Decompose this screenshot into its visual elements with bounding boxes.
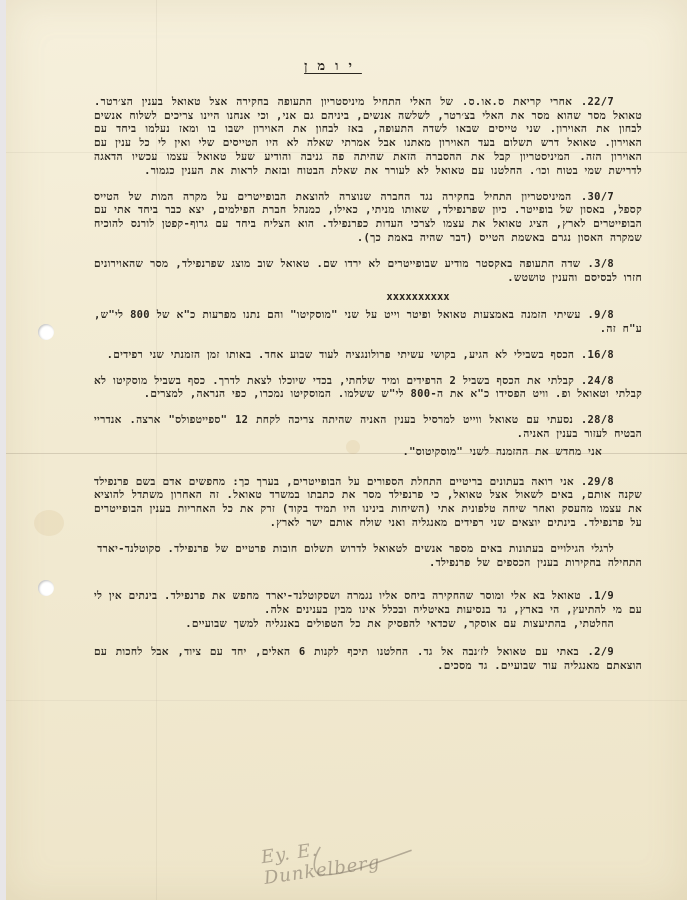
- diary-entry: 30/7. המיניסטריון התחיל בחקירה נגד החברה…: [94, 191, 642, 246]
- entry-text: הכסף בשבילי לא הגיע, בקושי עשיתי פרולונג…: [107, 349, 575, 361]
- diary-entry: 22/7. אחרי קריאת ס.או.ס. של האלי התחיל מ…: [94, 96, 642, 179]
- diary-entry: 3/8. שדה התעופה באקסטר מודיע שבופייטרים …: [94, 258, 642, 286]
- diary-entry: 2/9. באתי עם טאואל לז׳נבה אל גד. החלטנו …: [94, 646, 642, 674]
- diary-entry: 1/9. טאואל בא אלי ומוסר שהחקירה ביחס אלי…: [94, 590, 642, 618]
- diary-entry: 16/8. הכסף בשבילי לא הגיע, בקושי עשיתי פ…: [94, 349, 642, 363]
- diary-entry: 9/8. עשיתי הזמנה באמצעות טאואל ופיטר ויי…: [94, 309, 642, 337]
- entry-date: 3/8: [594, 258, 614, 270]
- paper-fold-line: [6, 700, 687, 701]
- entry-text: אני רואה בעתונים בריטיים התחלת הספורים ע…: [94, 476, 642, 529]
- entry-date: 22/7: [588, 96, 615, 108]
- entry-note: אני מחדש את ההזמנה לשני "מוסקיטוס".: [94, 446, 642, 460]
- entry-date: 29/8: [588, 476, 615, 488]
- entry-date: 1/9: [594, 590, 614, 602]
- entry-text: באתי עם טאואל לז׳נבה אל גד. החלטנו תיכף …: [94, 646, 642, 672]
- handwritten-signature: Ey. E. Dunkelberg: [260, 825, 425, 891]
- diary-entry: 24/8. קבלתי את הכסף בשביל 2 הרפידים ומיד…: [94, 375, 642, 403]
- entry-text: המיניסטריון התחיל בחקירה נגד החברה שנוצר…: [94, 191, 642, 244]
- entry-date: 16/8: [588, 349, 615, 361]
- punch-hole: [38, 580, 54, 596]
- entry-date: 9/8: [594, 309, 614, 321]
- document-title: יומן: [94, 60, 642, 74]
- diary-entry: 28/8. נסעתי עם טאואל ווייט למרסיל בענין …: [94, 414, 642, 442]
- document-body: יומן 22/7. אחרי קריאת ס.או.ס. של האלי הת…: [94, 60, 642, 685]
- entry-date: 2/9: [594, 646, 614, 658]
- entry-date: 28/8: [588, 414, 615, 426]
- entry-text: קבלתי את הכסף בשביל 2 הרפידים ומיד שלחתי…: [94, 375, 642, 401]
- strikethrough-marks: xxxxxxxxxx: [94, 291, 642, 305]
- entry-date: 24/8: [588, 375, 615, 387]
- entry-text: עשיתי הזמנה באמצעות טאואל ופיטר וייט על …: [94, 309, 642, 335]
- entry-text: אחרי קריאת ס.או.ס. של האלי התחיל מיניסטר…: [94, 96, 642, 177]
- document-page: יומן 22/7. אחרי קריאת ס.או.ס. של האלי הת…: [6, 0, 687, 900]
- entry-text: טאואל בא אלי ומוסר שהחקירה ביחס אליו נגמ…: [94, 590, 642, 616]
- entry-text: נסעתי עם טאואל ווייט למרסיל בענין האניה …: [94, 414, 642, 440]
- paragraph: החלטתי, בהתיעצות עם אוסקר, שכדאי להפסיק …: [94, 618, 642, 632]
- entry-text: שדה התעופה באקסטר מודיע שבופייטרים לא יר…: [94, 258, 642, 284]
- entry-date: 30/7: [588, 191, 615, 203]
- signature-flourish-icon: [260, 824, 435, 897]
- title-text: יומן: [304, 59, 362, 74]
- diary-entry: 29/8. אני רואה בעתונים בריטיים התחלת הספ…: [94, 476, 642, 531]
- punch-hole: [38, 324, 54, 340]
- paragraph: לרגלי הגילויים בעתונות באים מספר אנשים ל…: [94, 543, 642, 571]
- paper-stain: [34, 510, 64, 536]
